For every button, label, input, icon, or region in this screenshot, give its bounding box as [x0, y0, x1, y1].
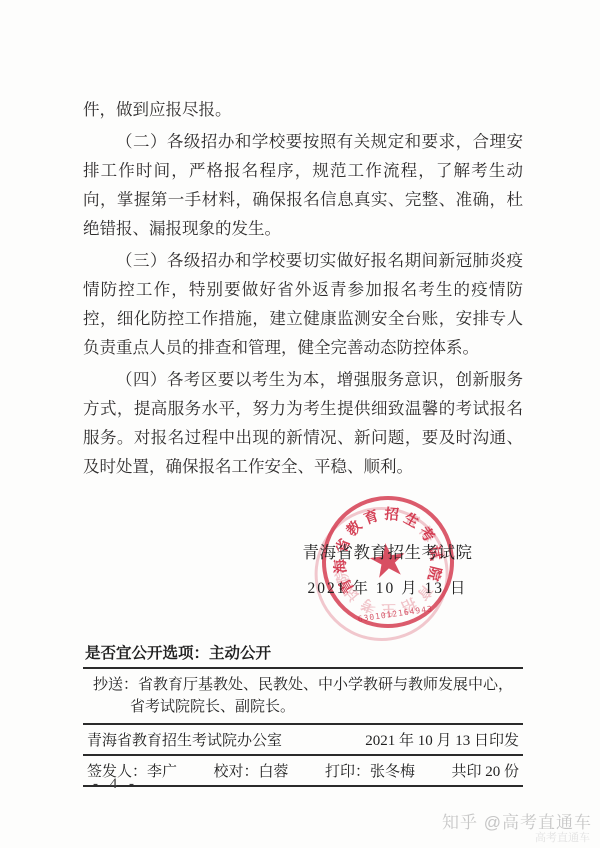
document-page: 件，做到应报尽报。 （二）各级招办和学校要按照有关规定和要求，合理安排工作时间，…: [0, 0, 600, 848]
signature-date: 2021 年 10 月 13 日: [245, 576, 530, 598]
signature-block: 青海省教育招生考试院 2021 年 10 月 13 日: [245, 539, 530, 598]
paragraph-item-2: （二）各级招办和学校要按照有关规定和要求，合理安排工作时间，严格报名程序，规范工…: [83, 127, 523, 243]
disclosure-option: 是否宜公开选项：主动公开: [83, 641, 523, 669]
printer: 打印：张冬梅: [325, 760, 415, 781]
document-body: 件，做到应报尽报。 （二）各级招办和学校要按照有关规定和要求，合理安排工作时间，…: [83, 95, 523, 484]
footer-table: 是否宜公开选项：主动公开 抄送：省教育厅基教处、民教处、中小学教研与教师发展中心…: [83, 641, 523, 787]
paragraph-item-4: （四）各考区要以考生为本，增强服务意识，创新服务方式，提高服务水平，努力为考生提…: [83, 365, 523, 481]
paragraph-item-3: （三）各级招办和学校要切实做好报名期间新冠肺炎疫情防控工作，特别要做好省外返青参…: [83, 246, 523, 362]
staff-row: 签发人：李广 校对：白蓉 打印：张冬梅 共印 20 份: [83, 756, 523, 787]
office-row: 青海省教育招生考试院办公室 2021 年 10 月 13 日印发: [83, 725, 523, 756]
proofreader: 校对：白蓉: [213, 760, 288, 781]
watermark: 知乎 @高考直通车 高考直通车: [442, 808, 592, 845]
issuing-office: 青海省教育招生考试院办公室: [87, 729, 282, 750]
copies-count: 共印 20 份: [451, 760, 519, 781]
paragraph-continuation: 件，做到应报尽报。: [83, 95, 523, 124]
signature-org: 青海省教育招生考试院: [245, 539, 530, 563]
page-number: - 4 -: [93, 776, 138, 793]
print-date: 2021 年 10 月 13 日印发: [365, 729, 519, 750]
cc-line: 抄送：省教育厅基教处、民教处、中小学教研与教师发展中心，省考试院院长、副院长。: [83, 669, 523, 725]
